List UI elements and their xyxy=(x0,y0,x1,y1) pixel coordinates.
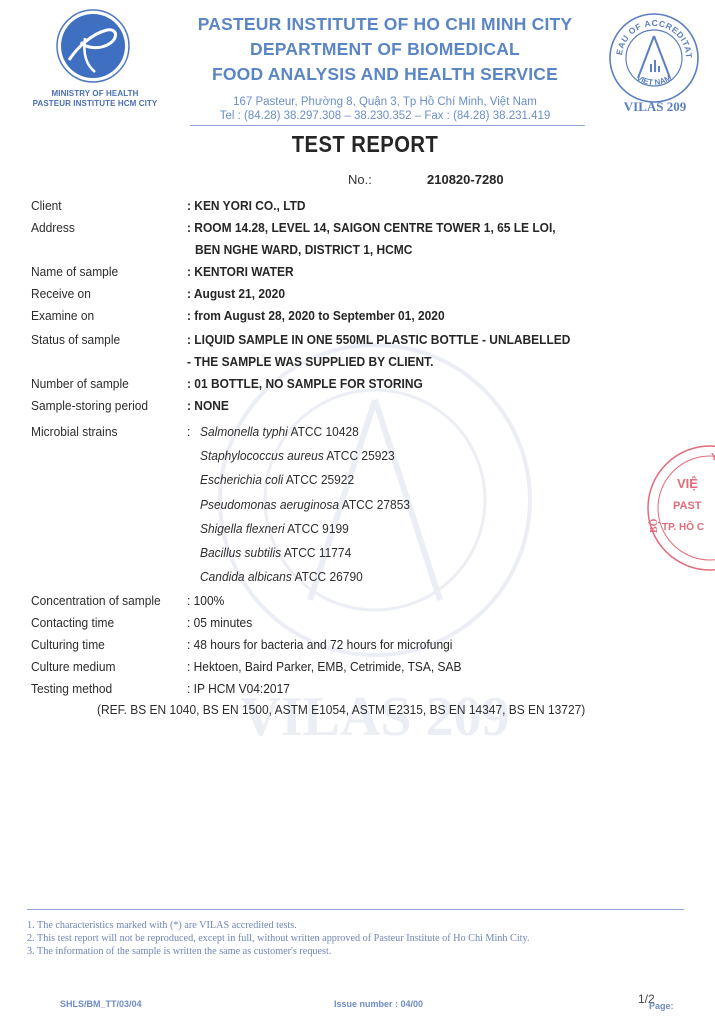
footnote: 1. The characteristics marked with (*) a… xyxy=(27,920,297,931)
svg-text:VIET NAM: VIET NAM xyxy=(635,73,673,87)
field-value: : NONE xyxy=(187,398,229,413)
institute-name: PASTEUR INSTITUTE OF HO CHI MINH CITY xyxy=(170,14,600,35)
field-value: : 100% xyxy=(187,593,224,608)
field-value: : from August 28, 2020 to September 01, … xyxy=(187,308,445,323)
strain-species: Shigella flexneri xyxy=(200,521,284,536)
institute-address: 167 Pasteur, Phường 8, Quận 3, Tp Hồ Chí… xyxy=(180,96,590,108)
vilas-accreditation-number: VILAS 209 xyxy=(600,99,710,115)
field-label: Number of sample xyxy=(31,376,129,391)
field-value: : 48 hours for bacteria and 72 hours for… xyxy=(187,637,452,652)
field-value: BEN NGHE WARD, DISTRICT 1, HCMC xyxy=(195,242,412,257)
field-value: : KEN YORI CO., LTD xyxy=(187,198,306,213)
strain-atcc-code: ATCC 10428 xyxy=(290,424,358,439)
strain-atcc-code: ATCC 25922 xyxy=(286,472,354,487)
field-label: Testing method xyxy=(31,681,112,696)
field-value: : 01 BOTTLE, NO SAMPLE FOR STORING xyxy=(187,376,423,391)
field-value: : LIQUID SAMPLE IN ONE 550ML PLASTIC BOT… xyxy=(187,332,570,347)
field-value: : August 21, 2020 xyxy=(187,286,285,301)
strain-item: Salmonella typhi ATCC 10428 xyxy=(200,424,359,439)
strain-atcc-code: ATCC 26790 xyxy=(294,569,362,584)
field-label: Culture medium xyxy=(31,659,115,674)
field-label: Concentration of sample xyxy=(31,593,161,608)
pasteur-institute-logo-icon xyxy=(55,8,131,84)
page-label: Page: xyxy=(649,1001,674,1011)
field-label: Client xyxy=(31,198,62,213)
report-number-label: No.: xyxy=(348,172,372,187)
strain-species: Candida albicans xyxy=(200,569,292,584)
field-value: : Hektoen, Baird Parker, EMB, Cetrimide,… xyxy=(187,659,461,674)
svg-text:Y: Y xyxy=(711,452,715,463)
strain-item: Escherichia coli ATCC 25922 xyxy=(200,472,354,487)
footer-divider xyxy=(27,909,684,910)
institute-contact: Tel : (84.28) 38.297.308 – 38.230.352 – … xyxy=(180,110,590,122)
field-label: Address xyxy=(31,220,75,235)
strain-species: Staphylococcus aureus xyxy=(200,448,324,463)
service-name: FOOD ANALYSIS AND HEALTH SERVICE xyxy=(170,64,600,85)
field-label: Culturing time xyxy=(31,637,105,652)
strain-item: Candida albicans ATCC 26790 xyxy=(200,569,363,584)
field-value: : xyxy=(187,424,190,439)
report-title: TEST REPORT xyxy=(220,131,510,158)
strain-species: Pseudomonas aeruginosa xyxy=(200,497,339,512)
field-label: Receive on xyxy=(31,286,91,301)
testing-method-reference: (REF. BS EN 1040, BS EN 1500, ASTM E1054… xyxy=(97,702,585,717)
field-label: Contacting time xyxy=(31,615,114,630)
red-official-stamp-icon: Y VIỆ PAST TP. HỒ C BỘ xyxy=(645,443,715,573)
strain-species: Escherichia coli xyxy=(200,472,283,487)
bureau-of-accreditation-seal-icon: BUREAU OF ACCREDITATION VIET NAM xyxy=(608,12,700,104)
footnote: 3. The information of the sample is writ… xyxy=(27,946,331,957)
field-label: Microbial strains xyxy=(31,424,117,439)
strain-item: Shigella flexneri ATCC 9199 xyxy=(200,521,349,536)
report-number: 210820-7280 xyxy=(427,172,504,187)
field-value: : 05 minutes xyxy=(187,615,252,630)
strain-atcc-code: ATCC 25923 xyxy=(326,448,394,463)
field-label: Name of sample xyxy=(31,264,118,279)
strain-atcc-code: ATCC 27853 xyxy=(342,497,410,512)
strain-species: Bacillus subtilis xyxy=(200,545,281,560)
ministry-of-health-label: MINISTRY OF HEALTH xyxy=(10,89,180,98)
strain-item: Pseudomonas aeruginosa ATCC 27853 xyxy=(200,497,410,512)
field-label: Sample-storing period xyxy=(31,398,148,413)
footnote: 2. This test report will not be reproduc… xyxy=(27,933,530,944)
field-label: Examine on xyxy=(31,308,94,323)
svg-text:BỘ: BỘ xyxy=(647,518,660,533)
strain-atcc-code: ATCC 9199 xyxy=(287,521,349,536)
field-value: - THE SAMPLE WAS SUPPLIED BY CLIENT. xyxy=(187,354,433,369)
field-value: : ROOM 14.28, LEVEL 14, SAIGON CENTRE TO… xyxy=(187,220,556,235)
form-code: SHLS/BM_TT/03/04 xyxy=(60,999,142,1009)
pasteur-institute-hcm-label: PASTEUR INSTITUTE HCM CITY xyxy=(10,99,180,108)
strain-item: Staphylococcus aureus ATCC 25923 xyxy=(200,448,395,463)
field-value: : IP HCM V04:2017 xyxy=(187,681,290,696)
svg-text:VIỆ: VIỆ xyxy=(677,476,698,491)
svg-text:PAST: PAST xyxy=(673,500,702,512)
field-label: Status of sample xyxy=(31,332,120,347)
svg-text:TP. HỒ C: TP. HỒ C xyxy=(662,520,704,533)
header-divider xyxy=(190,125,585,126)
issue-number: Issue number : 04/00 xyxy=(334,999,423,1009)
department-name: DEPARTMENT OF BIOMEDICAL xyxy=(170,39,600,60)
field-value: : KENTORI WATER xyxy=(187,264,294,279)
strain-item: Bacillus subtilis ATCC 11774 xyxy=(200,545,351,560)
strain-species: Salmonella typhi xyxy=(200,424,288,439)
strain-atcc-code: ATCC 11774 xyxy=(284,545,351,560)
